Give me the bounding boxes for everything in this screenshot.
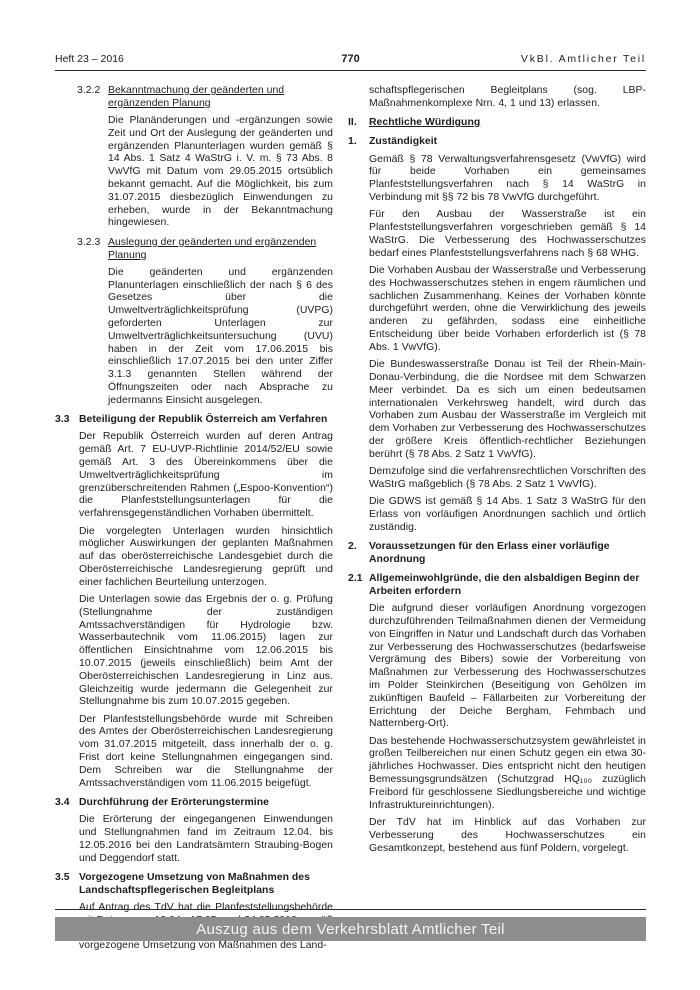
section-block: 3.2.3Auslegung der geänderten und ergänz… <box>77 237 333 263</box>
paragraph-text: Die GDWS ist gemäß § 14 Abs. 1 Satz 3 Wa… <box>369 496 646 534</box>
document-page: Heft 23 – 2016 770 VkBl. Amtlicher Teil … <box>0 0 700 990</box>
footer-banner: Auszug aus dem Verkehrsblatt Amtlicher T… <box>55 917 646 941</box>
section-title: Vorgezogene Umsetzung von Maßnahmen des … <box>79 872 333 898</box>
paragraph-block: Der TdV hat im Hinblick auf das Vorhaben… <box>348 817 646 855</box>
paragraph-block: Die GDWS ist gemäß § 14 Abs. 1 Satz 3 Wa… <box>348 496 646 534</box>
paragraph-text: schaftspflegerischen Begleitplans (sog. … <box>369 85 646 111</box>
issue-label: Heft 23 – 2016 <box>55 53 341 65</box>
paragraph-text: Das bestehende Hochwasserschutzsystem ge… <box>369 736 646 813</box>
section-number: 1. <box>348 136 369 149</box>
paragraph-text: Der Republik Österreich wurden auf deren… <box>79 431 333 521</box>
paragraph-block: Der Planfeststellungsbehörde wurde mit S… <box>55 714 333 791</box>
section-block: 3.2.2Bekanntmachung der geänderten und e… <box>77 85 333 111</box>
section-number: 3.4 <box>55 797 79 810</box>
footer-banner-text: Auszug aus dem Verkehrsblatt Amtlicher T… <box>196 921 505 938</box>
section-title: Voraussetzungen für den Erlass einer vor… <box>369 541 646 567</box>
paragraph-text: Die Erörterung der eingegangenen Einwend… <box>79 814 333 865</box>
paragraph-text: Für den Ausbau der Wasserstraße ist ein … <box>369 209 646 260</box>
journal-title: VkBl. Amtlicher Teil <box>360 53 646 65</box>
section-title: Beteiligung der Republik Österreich am V… <box>79 414 333 427</box>
section-block: II.Rechtliche Würdigung <box>348 117 646 130</box>
paragraph-text: Die Planänderungen und -ergänzungen sowi… <box>108 115 333 230</box>
paragraph-block: Die geänderten und ergänzenden Planunter… <box>77 267 333 408</box>
section-title: Bekanntmachung der geänderten und ergänz… <box>108 85 333 111</box>
paragraph-block: Die Vorhaben Ausbau der Wasserstraße und… <box>348 265 646 355</box>
section-block: 3.3Beteiligung der Republik Österreich a… <box>55 414 333 427</box>
section-block: 3.4Durchführung der Erörterungstermine <box>55 797 333 810</box>
paragraph-text: Die vorgelegten Unterlagen wurden hinsic… <box>79 526 333 590</box>
paragraph-text: Die Bundeswasserstraße Donau ist Teil de… <box>369 359 646 461</box>
paragraph-text: Gemäß § 78 Verwaltungsverfahrensgesetz (… <box>369 154 646 205</box>
paragraph-block: Das bestehende Hochwasserschutzsystem ge… <box>348 736 646 813</box>
section-number: 3.5 <box>55 872 79 898</box>
paragraph-text: Die Vorhaben Ausbau der Wasserstraße und… <box>369 265 646 355</box>
paragraph-block: Gemäß § 78 Verwaltungsverfahrensgesetz (… <box>348 154 646 205</box>
column-right: schaftspflegerischen Begleitplans (sog. … <box>348 85 646 953</box>
section-block: 1.Zuständigkeit <box>348 136 646 149</box>
section-number: 3.2.2 <box>77 85 108 111</box>
paragraph-text: Der Planfeststellungsbehörde wurde mit S… <box>79 714 333 791</box>
paragraph-block: Die vorgelegten Unterlagen wurden hinsic… <box>55 526 333 590</box>
paragraph-block: Demzufolge sind die verfahrensrechtliche… <box>348 466 646 492</box>
section-block: 2.1Allgemeinwohlgründe, die den alsbaldi… <box>348 573 646 599</box>
paragraph-text: Der TdV hat im Hinblick auf das Vorhaben… <box>369 817 646 855</box>
section-title: Auslegung der geänderten und ergänzenden… <box>108 237 333 263</box>
paragraph-block: schaftspflegerischen Begleitplans (sog. … <box>348 85 646 111</box>
paragraph-block: Die aufgrund dieser vorläufigen Anordnun… <box>348 603 646 731</box>
paragraph-block: Die Planänderungen und -ergänzungen sowi… <box>77 115 333 230</box>
section-title: Rechtliche Würdigung <box>369 117 646 130</box>
paragraph-text: Die geänderten und ergänzenden Planunter… <box>108 267 333 408</box>
section-number: 3.3 <box>55 414 79 427</box>
paragraph-text: Demzufolge sind die verfahrensrechtliche… <box>369 466 646 492</box>
section-title: Allgemeinwohlgründe, die den alsbaldigen… <box>369 573 646 599</box>
paragraph-block: Der Republik Österreich wurden auf deren… <box>55 431 333 521</box>
section-number: 2.1 <box>348 573 369 599</box>
section-block: 3.5Vorgezogene Umsetzung von Maßnahmen d… <box>55 872 333 898</box>
paragraph-block: Die Unterlagen sowie das Ergebnis der o.… <box>55 594 333 709</box>
column-left: 3.2.2Bekanntmachung der geänderten und e… <box>55 85 333 953</box>
header-rule <box>55 70 646 71</box>
page-number: 770 <box>341 53 359 65</box>
paragraph-text: Die Unterlagen sowie das Ergebnis der o.… <box>79 594 333 709</box>
section-number: II. <box>348 117 369 130</box>
document-body: 3.2.2Bekanntmachung der geänderten und e… <box>55 85 646 953</box>
section-title: Zuständigkeit <box>369 136 646 149</box>
paragraph-block: Die Bundeswasserstraße Donau ist Teil de… <box>348 359 646 461</box>
paragraph-block: Für den Ausbau der Wasserstraße ist ein … <box>348 209 646 260</box>
section-number: 2. <box>348 541 369 567</box>
footer-rule <box>55 909 646 910</box>
paragraph-block: Die Erörterung der eingegangenen Einwend… <box>55 814 333 865</box>
paragraph-text: Die aufgrund dieser vorläufigen Anordnun… <box>369 603 646 731</box>
section-number: 3.2.3 <box>77 237 108 263</box>
section-title: Durchführung der Erörterungstermine <box>79 797 333 810</box>
section-block: 2.Voraussetzungen für den Erlass einer v… <box>348 541 646 567</box>
page-header: Heft 23 – 2016 770 VkBl. Amtlicher Teil <box>55 53 646 65</box>
